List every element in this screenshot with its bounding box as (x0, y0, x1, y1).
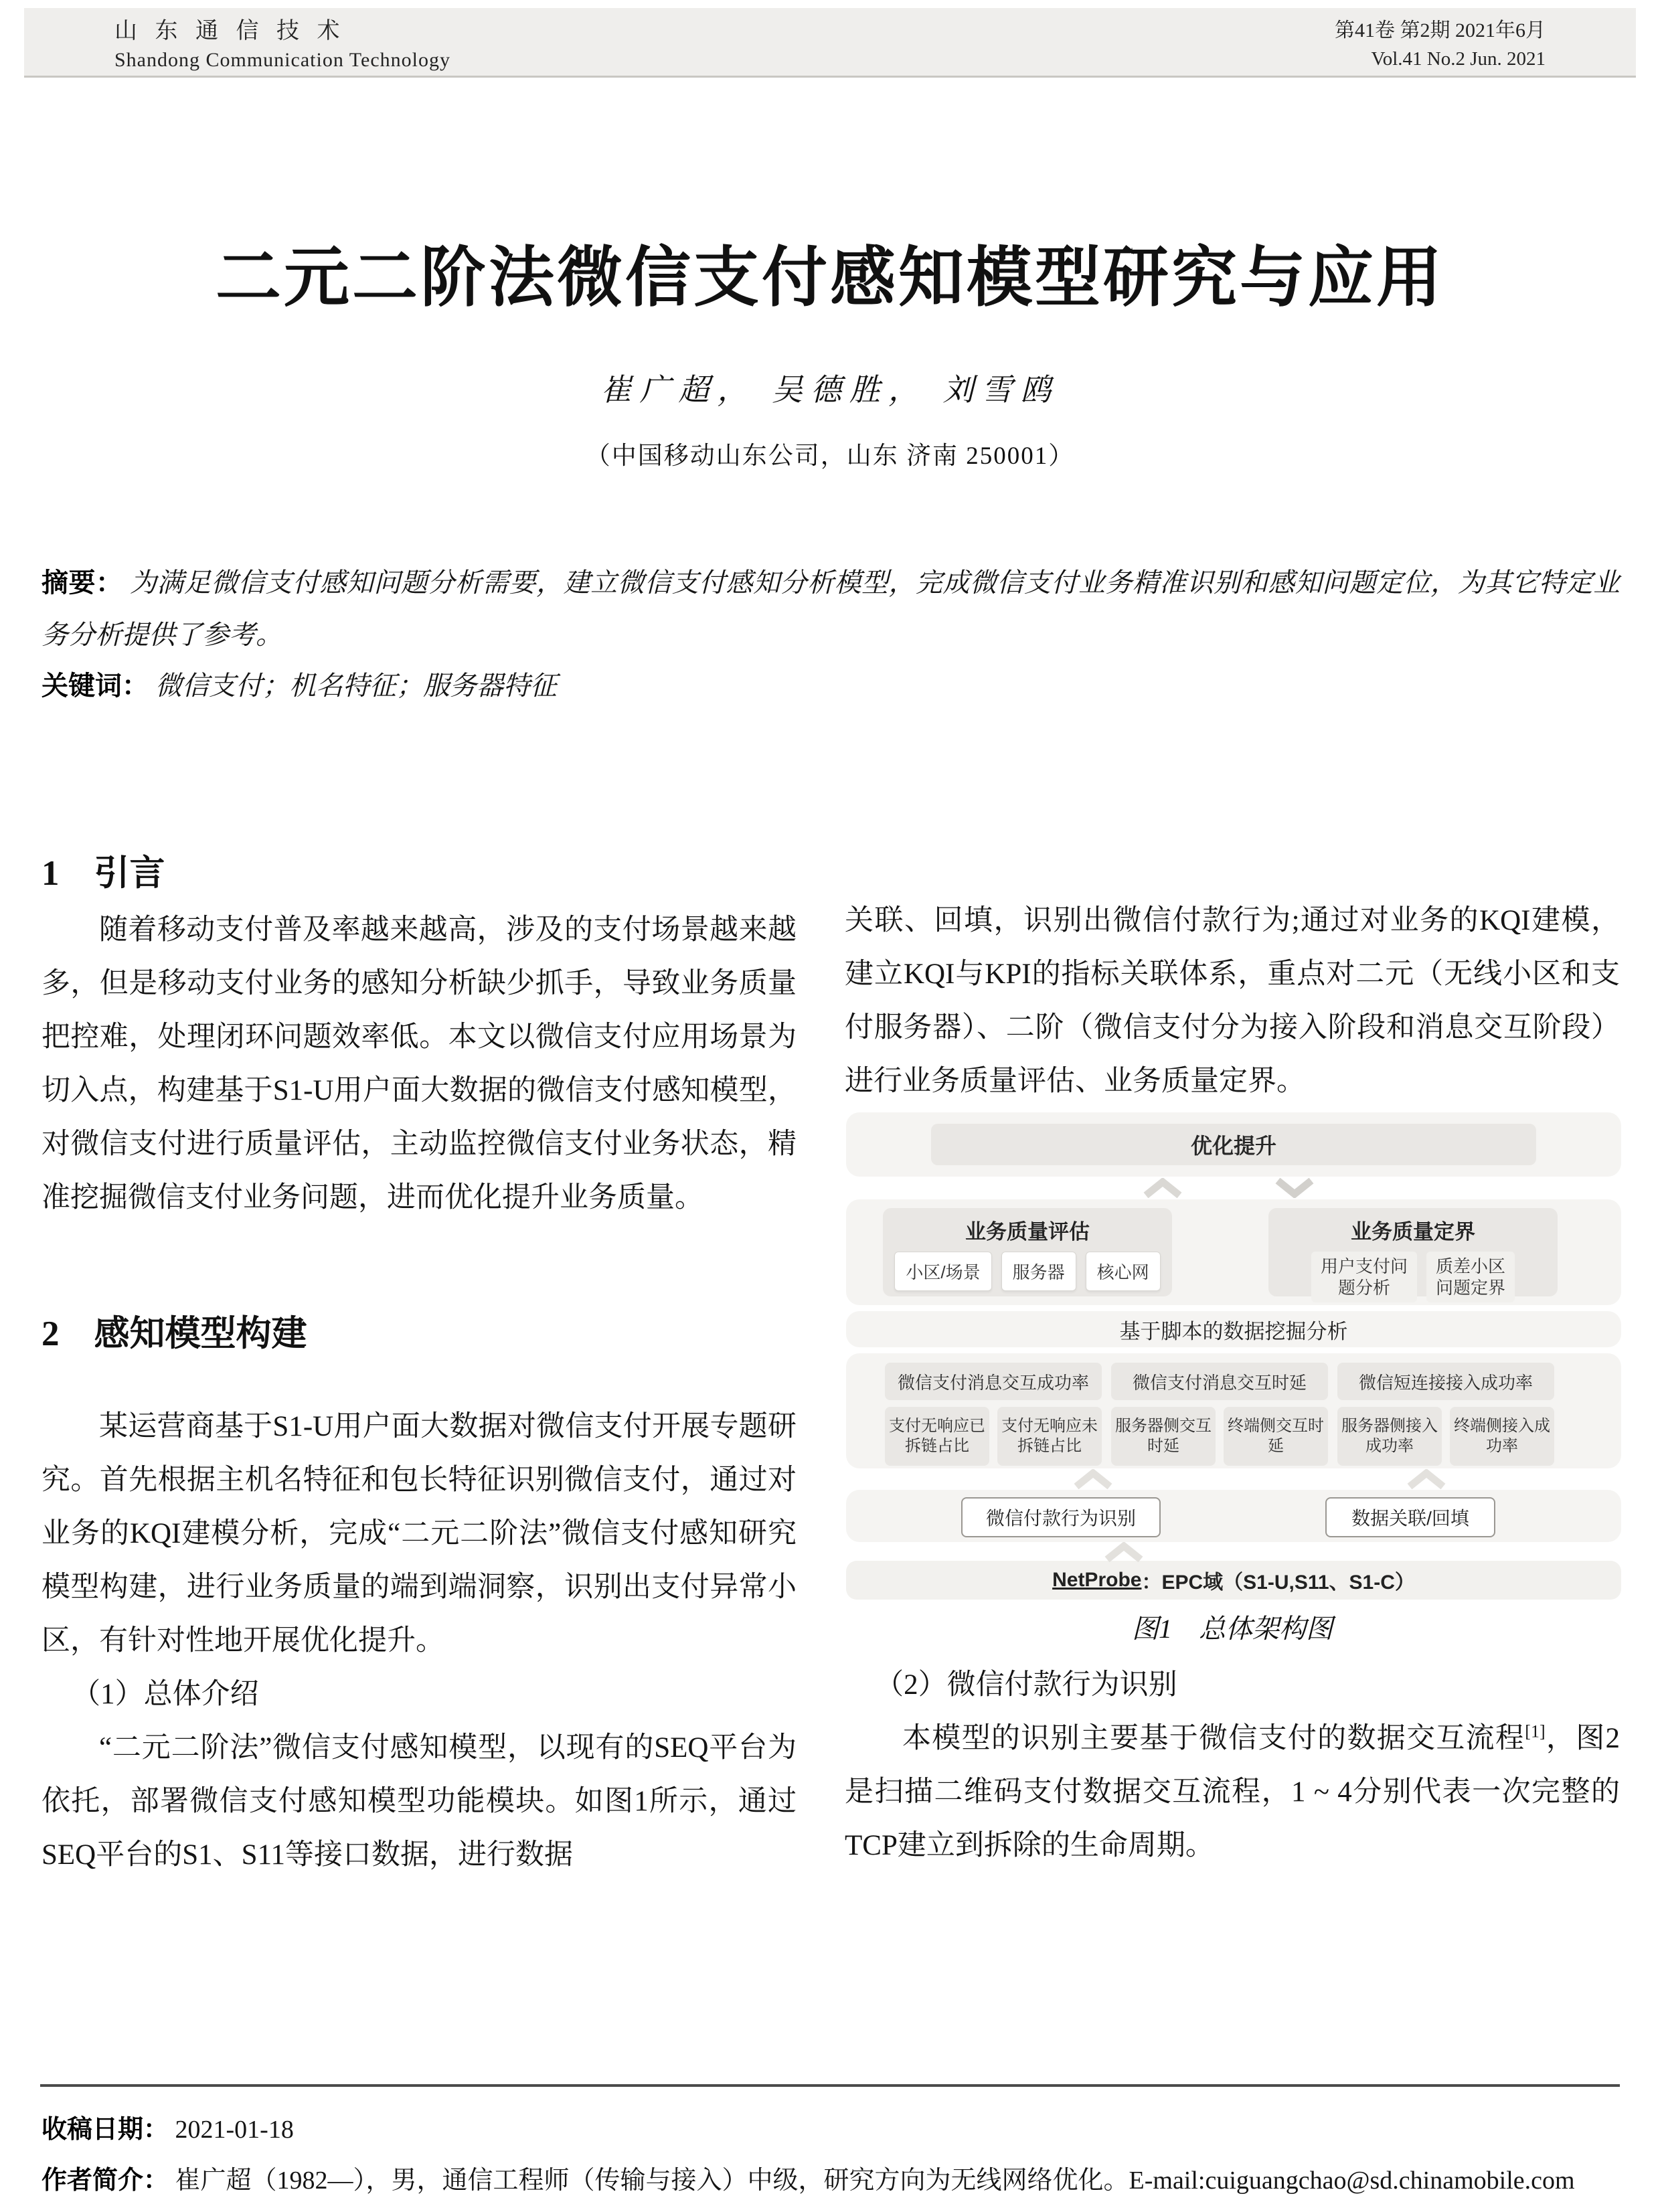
netprobe-bar: NetProbe：EPC域（S1-U,S11、S1-C） (846, 1561, 1621, 1600)
kqi-group-success-rate: 微信支付消息交互成功率 支付无响应已 拆链占比 支付无响应未 拆链占比 (885, 1363, 1102, 1468)
figure-band-kqi: 微信支付消息交互成功率 支付无响应已 拆链占比 支付无响应未 拆链占比 微信支付… (846, 1353, 1621, 1468)
journal-name-block: 山 东 通 信 技 术 Shandong Communication Techn… (114, 12, 450, 72)
netprobe-scope: ：EPC域（S1-U,S11、S1-C） (1141, 1565, 1414, 1595)
abstract-label: 摘要： (41, 568, 122, 598)
article-affiliation: （中国移动山东公司，山东 济南 250001） (0, 435, 1660, 471)
section-2-paragraph-4: 本模型的识别主要基于微信支付的数据交互流程[1]，图2是扫描二维码支付数据交互流… (845, 1712, 1620, 1873)
section-1-title: 引言 (94, 853, 165, 893)
section-1-heading: 1引言 (41, 845, 165, 896)
chevron-up-icon (1404, 1469, 1448, 1489)
subsection-1-heading: （1）总体介绍 (41, 1668, 797, 1721)
journal-name-cn: 山 东 通 信 技 术 (114, 12, 450, 45)
association-box: 数据关联/回填 (1325, 1497, 1495, 1537)
journal-issue-cn: 第41卷 第2期 2021年6月 (1335, 13, 1546, 43)
keywords: 关键词： 微信支付；机名特征；服务器特征 (41, 669, 1620, 703)
section-2-paragraph-2: “二元二阶法”微信支付感知模型，以现有的SEQ平台为依托，部署微信支付感知模型功… (41, 1721, 797, 1882)
keywords-label: 关键词： (41, 671, 149, 701)
author-bio-line: 作者简介： 崔广超（1982—），男，通信工程师（传输与接入）中级，研究方向为无… (41, 2159, 1620, 2196)
figure-band-recognition: 微信付款行为识别 数据关联/回填 (846, 1490, 1621, 1542)
journal-page: 山 东 通 信 技 术 Shandong Communication Techn… (0, 0, 1660, 2212)
quality-eval-title: 业务质量评估 (965, 1215, 1090, 1245)
chevron-up-icon (1071, 1469, 1115, 1489)
abstract: 摘要： 为满足微信支付感知问题分析需要，建立微信支付感知分析模型，完成微信支付业… (41, 557, 1620, 661)
eval-chip-cell-scene: 小区/场景 (894, 1252, 991, 1291)
figure-band-optimize: 优化提升 (846, 1112, 1621, 1177)
bound-chip-user-pay: 用户支付问 题分析 (1311, 1252, 1417, 1302)
footer-divider (40, 2084, 1620, 2087)
section-2-heading: 2感知模型构建 (41, 1305, 307, 1356)
kqi-sub-box: 支付无响应已 拆链占比 (885, 1407, 989, 1466)
section-2-paragraph-3: 关联、回填，识别出微信付款行为;通过对业务的KQI建模，建立KQI与KPI的指标… (845, 894, 1620, 1108)
section-1-paragraph: 随着移动支付普及率越来越高，涉及的支付场景越来越多，但是移动支付业务的感知分析缺… (41, 904, 797, 1225)
author-bio-text: 崔广超（1982—），男，通信工程师（传输与接入）中级，研究方向为无线网络优化。… (175, 2166, 1575, 2195)
kqi-sub-box: 服务器侧交互 时延 (1111, 1407, 1216, 1466)
chevron-up-icon (1102, 1542, 1146, 1562)
eval-chip-core-net: 核心网 (1086, 1252, 1161, 1291)
figure-1-architecture: 优化提升 业务质量评估 小区/场景 服务器 核心网 业务质量定界 (846, 1112, 1621, 1600)
quality-bound-panel: 业务质量定界 用户支付问 题分析 质差小区 问题定界 (1268, 1208, 1558, 1296)
kqi-sub-box: 支付无响应未 拆链占比 (997, 1407, 1102, 1466)
section-2-number: 2 (41, 1314, 60, 1353)
netprobe-label: NetProbe (1052, 1569, 1141, 1592)
quality-bound-title: 业务质量定界 (1351, 1215, 1475, 1245)
article-title: 二元二阶法微信支付感知模型研究与应用 (0, 225, 1660, 319)
kqi-title-box: 微信短连接接入成功率 (1337, 1363, 1554, 1400)
journal-issue-en: Vol.41 No.2 Jun. 2021 (1335, 48, 1546, 70)
journal-header: 山 东 通 信 技 术 Shandong Communication Techn… (24, 8, 1636, 78)
figure-arrow-row-3 (846, 1542, 1621, 1561)
journal-name-en: Shandong Communication Technology (114, 49, 450, 72)
script-mining-bar: 基于脚本的数据挖掘分析 (846, 1311, 1621, 1347)
figure-arrow-row-2 (846, 1468, 1621, 1490)
optimize-box: 优化提升 (931, 1124, 1535, 1165)
figure-band-quality: 业务质量评估 小区/场景 服务器 核心网 业务质量定界 用户支付问 题分析 质差… (846, 1199, 1621, 1305)
quality-eval-panel: 业务质量评估 小区/场景 服务器 核心网 (883, 1208, 1172, 1296)
kqi-title-box: 微信支付消息交互成功率 (885, 1363, 1102, 1400)
section-1-number: 1 (41, 854, 60, 893)
kqi-sub-box: 终端侧接入成 功率 (1450, 1407, 1554, 1466)
kqi-group-delay: 微信支付消息交互时延 服务器侧交互 时延 终端侧交互时 延 (1111, 1363, 1328, 1468)
section-2-title: 感知模型构建 (94, 1314, 307, 1353)
kqi-group-access: 微信短连接接入成功率 服务器侧接入 成功率 终端侧接入成 功率 (1337, 1363, 1554, 1468)
received-date-label: 收稿日期： (41, 2116, 169, 2144)
article-authors: 崔广超， 吴德胜， 刘雪鸥 (0, 365, 1660, 410)
keywords-text: 微信支付；机名特征；服务器特征 (155, 671, 557, 701)
bound-chip-bad-cell: 质差小区 问题定界 (1426, 1252, 1515, 1302)
abstract-text: 为满足微信支付感知问题分析需要，建立微信支付感知分析模型，完成微信支付业务精准识… (41, 568, 1620, 650)
kqi-sub-box: 终端侧交互时 延 (1224, 1407, 1328, 1466)
journal-issue-block: 第41卷 第2期 2021年6月 Vol.41 No.2 Jun. 2021 (1335, 13, 1546, 70)
kqi-sub-box: 服务器侧接入 成功率 (1337, 1407, 1442, 1466)
citation-superscript: [1] (1525, 1722, 1545, 1741)
section-2-paragraph-1: 某运营商基于S1-U用户面大数据对微信支付开展专题研究。首先根据主机名特征和包长… (41, 1400, 797, 1668)
chevron-up-icon (1141, 1178, 1185, 1198)
quality-bound-items: 用户支付问 题分析 质差小区 问题定界 (1311, 1252, 1515, 1302)
quality-eval-items: 小区/场景 服务器 核心网 (894, 1252, 1160, 1291)
received-date-value: 2021-01-18 (175, 2116, 294, 2144)
received-date-line: 收稿日期： 2021-01-18 (41, 2108, 1620, 2145)
recognition-box: 微信付款行为识别 (961, 1497, 1161, 1537)
eval-chip-server: 服务器 (1001, 1252, 1076, 1291)
paragraph-text: 本模型的识别主要基于微信支付的数据交互流程 (902, 1723, 1525, 1754)
figure-1-caption: 图1 总体架构图 (845, 1608, 1620, 1646)
author-bio-label: 作者简介： (41, 2166, 169, 2195)
kqi-title-box: 微信支付消息交互时延 (1111, 1363, 1328, 1400)
chevron-down-icon (1272, 1178, 1317, 1198)
figure-arrow-row-1 (846, 1177, 1621, 1199)
subsection-2-heading: （2）微信付款行为识别 (845, 1658, 1620, 1712)
